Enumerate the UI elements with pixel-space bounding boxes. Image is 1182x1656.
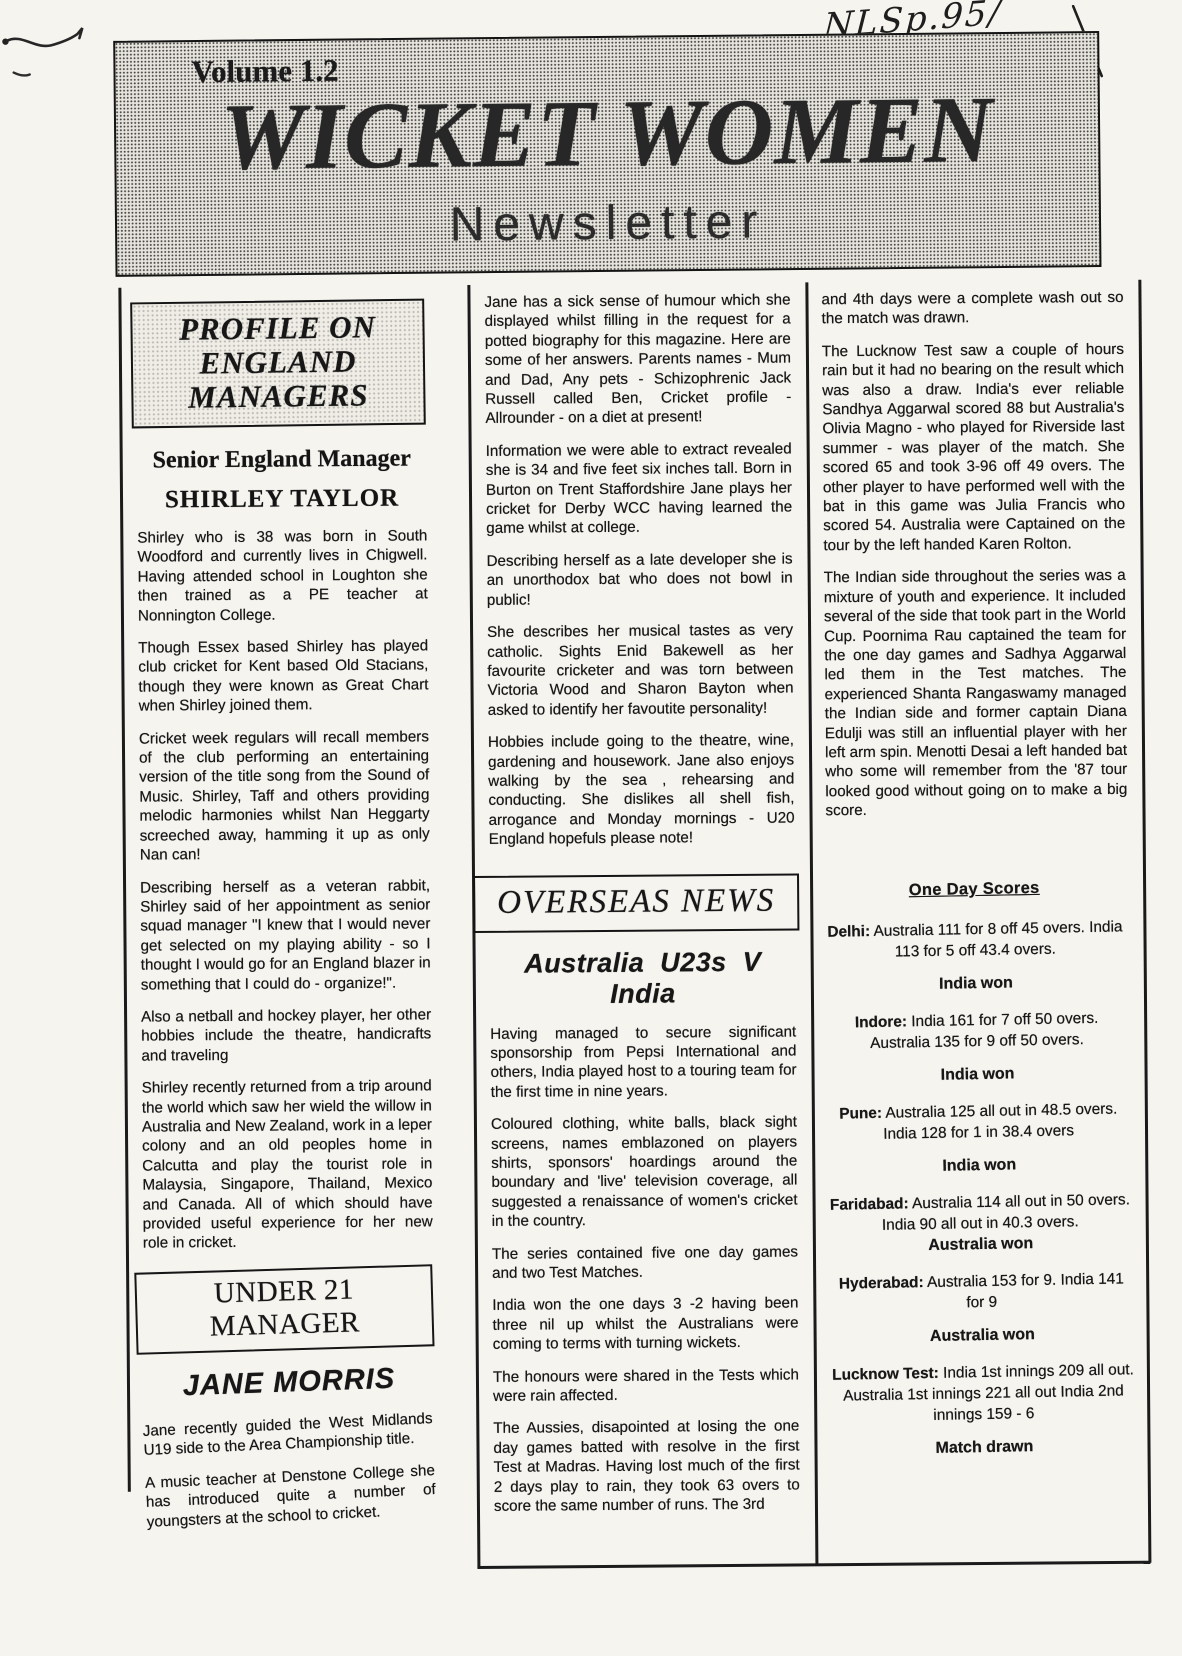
score-venue: Indore: [855,1013,907,1031]
scanned-newsletter-page: NLSp.95/ Volume 1.2 WICKET WOMEN Newslet… [0,0,1182,1656]
score-line: Faridabad: Australia 114 all out in 50 o… [829,1189,1132,1237]
score-line: Delhi: Australia 111 for 8 off 45 overs.… [824,916,1127,964]
paragraph: Hobbies include going to the theatre, wi… [488,731,795,850]
paragraph: The series contained five one day games … [492,1242,798,1283]
paragraph: Though Essex based Shirley has played cl… [138,636,429,716]
paragraph: Having managed to secure significant spo… [490,1022,797,1102]
profile-section-title: PROFILE ON ENGLAND MANAGERS [136,310,419,416]
paragraph: A music teacher at Denstone College she … [145,1461,437,1532]
score-result: Australia won [831,1324,1133,1348]
paragraph: Jane has a sick sense of humour which sh… [484,290,791,428]
overseas-news-box: OVERSEAS NEWS [473,873,799,933]
paragraph: Information we were able to extract reve… [486,439,793,538]
column-divider [805,282,818,1565]
one-day-scores-section: One Day Scores Delhi: Australia 111 for … [823,877,1136,1459]
paragraph: India won the one days 3 -2 having been … [492,1294,798,1355]
score-result: Match drawn [833,1436,1135,1460]
score-detail: Australia 114 all out in 50 overs. India… [882,1191,1130,1234]
right-column: and 4th days were a complete wash out so… [821,288,1132,1475]
score-line: Pune: Australia 125 all out in 48.5 over… [827,1098,1130,1146]
paragraph: The Lucknow Test saw a couple of hours r… [822,340,1126,556]
score-venue: Faridabad: [830,1195,909,1213]
paragraph: Shirley recently returned from a trip ar… [142,1076,433,1253]
score-venue: Lucknow Test: [832,1364,939,1383]
right-border-line [1138,280,1151,1563]
score-detail: Australia 153 for 9. India 141 for 9 [927,1270,1124,1311]
paragraph: Shirley who is 38 was born in South Wood… [137,526,428,625]
score-venue: Pune: [839,1104,882,1122]
paragraph: Describing herself as a veteran rabbit, … [140,876,431,995]
score-result: India won [826,1063,1128,1087]
paragraph: Cricket week regulars will recall member… [139,727,430,865]
one-day-scores-heading: One Day Scores [823,877,1125,902]
score-line: Indore: India 161 for 7 off 50 overs. Au… [825,1007,1128,1055]
score-result: India won [825,972,1127,996]
paragraph: The Indian side throughout the series wa… [824,566,1128,821]
left-column: PROFILE ON ENGLAND MANAGERS Senior Engla… [135,299,435,1526]
shirley-taylor-heading: SHIRLEY TAYLOR [137,484,427,514]
score-detail: Australia 125 all out in 48.5 overs. Ind… [883,1100,1117,1142]
jane-morris-heading: JANE MORRIS [143,1361,434,1404]
paragraph: Also a netball and hockey player, her ot… [141,1005,431,1065]
newsletter-title: WICKET WOMEN [116,73,1099,193]
score-result: India won [828,1154,1130,1178]
match-heading: Australia U23s V India [490,946,796,1010]
under21-paragraphs: Jane recently guided the West Midlands U… [142,1409,437,1532]
under21-section-box: UNDER 21 MANAGER [134,1264,434,1355]
masthead: Volume 1.2 WICKET WOMEN Newsletter [113,31,1101,277]
paragraph: Jane recently guided the West Midlands U… [142,1409,433,1461]
paragraph: Describing herself as a late developer s… [486,549,792,610]
paragraph: and 4th days were a complete wash out so… [821,288,1123,329]
score-venue: Delhi: [827,923,870,941]
profile-section-box: PROFILE ON ENGLAND MANAGERS [130,299,426,429]
score-result: Australia won [830,1233,1132,1257]
paragraph: The Aussies, disapointed at losing the o… [493,1417,800,1516]
senior-manager-heading: Senior England Manager [137,445,427,474]
score-line: Hyderabad: Australia 153 for 9. India 14… [830,1268,1133,1316]
newsletter-subtitle: Newsletter [117,191,1099,256]
bottom-border-line [477,1561,1150,1569]
middle-column: Jane has a sick sense of humour which sh… [484,290,800,1516]
score-venue: Hyderabad: [839,1274,924,1293]
under21-section: UNDER 21 MANAGER JANE MORRIS Jane recent… [143,1267,435,1526]
score-line: Lucknow Test: India 1st innings 209 all … [832,1359,1135,1428]
score-detail: Australia 111 for 8 off 45 overs. India … [873,918,1122,960]
paragraph: The honours were shared in the Tests whi… [493,1365,799,1406]
paragraph: Coloured clothing, white balls, black si… [491,1113,798,1232]
paragraph: She describes her musical tastes as very… [487,621,794,720]
left-border-line [118,288,130,1492]
